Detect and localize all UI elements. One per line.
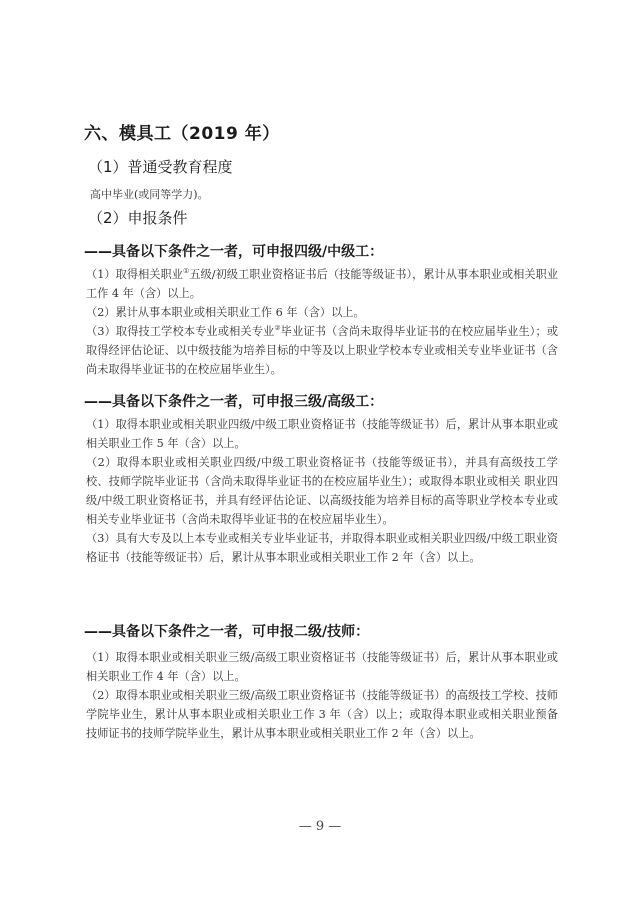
level4-item-1: （1）取得相关职业①五级/初级工职业资格证书后（技能等级证书），累计从事本职业或… [86, 265, 558, 303]
education-requirement: 高中毕业(或同等学力)。 [90, 186, 209, 202]
level3-heading: ——具备以下条件之一者，可申报三级/高级工： [84, 391, 383, 411]
level2-item-2: （2）取得本职业或相关职业三级/高级工职业资格证书（技能等级证书）的高级技工学校… [86, 686, 558, 743]
level4-item-3: （3）取得技工学校本专业或相关专业②毕业证书（含尚未取得毕业证书的在校应届毕业生… [86, 322, 558, 379]
document-page: 六、模具工（2019 年） （1）普通受教育程度 高中毕业(或同等学力)。 （2… [0, 0, 640, 905]
page-number: — 9 — [0, 819, 640, 834]
level4-heading: ——具备以下条件之一者，可申报四级/中级工： [84, 241, 383, 261]
level3-item-3: （3）具有大专及以上本专业或相关专业毕业证书，并取得本职业或相关职业四级/中级工… [86, 529, 558, 567]
level2-conditions: （1）取得本职业或相关职业三级/高级工职业资格证书（技能等级证书）后，累计从事本… [86, 648, 558, 743]
level3-item-2: （2）取得本职业或相关职业四级/中级工职业资格证书（技能等级证书），并具有高级技… [86, 453, 558, 529]
level4-conditions: （1）取得相关职业①五级/初级工职业资格证书后（技能等级证书），累计从事本职业或… [86, 265, 558, 379]
level2-heading: ——具备以下条件之一者，可申报二级/技师： [84, 621, 369, 641]
level4-item-2: （2）累计从事本职业或相关职业工作 6 年（含）以上。 [86, 303, 558, 322]
education-heading: （1）普通受教育程度 [88, 156, 233, 177]
level3-conditions: （1）取得本职业或相关职业四级/中级工职业资格证书（技能等级证书）后，累计从事本… [86, 415, 558, 567]
section-title: 六、模具工（2019 年） [84, 119, 280, 144]
level2-item-1: （1）取得本职业或相关职业三级/高级工职业资格证书（技能等级证书）后，累计从事本… [86, 648, 558, 686]
level3-item-1: （1）取得本职业或相关职业四级/中级工职业资格证书（技能等级证书）后，累计从事本… [86, 415, 558, 453]
application-conditions-heading: （2）申报条件 [88, 207, 188, 228]
